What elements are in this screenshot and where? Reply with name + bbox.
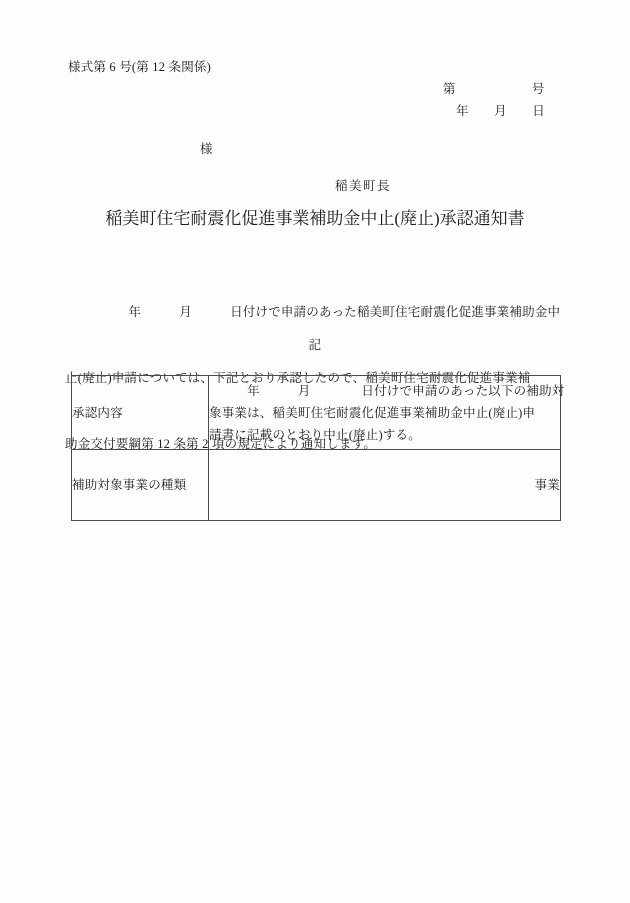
table-row-project-type: 補助対象事業の種類 事業 [72,450,561,521]
note-marker: 記 [0,334,630,356]
document-page: 様式第 6 号(第 12 条関係) 第 号 年 月 日 様 稲美町長 稲美町住宅… [0,0,630,903]
approval-content-cell: 年 月 日付けで申請のあった以下の補助対 象事業は、稲美町住宅耐震化促進事業補助… [209,376,561,450]
document-title: 稲美町住宅耐震化促進事業補助金中止(廃止)承認通知書 [0,208,630,230]
approval-content-line-1: 年 月 日付けで申請のあった以下の補助対 [209,380,560,402]
recipient-honorific: 様 [200,141,213,157]
sender-name: 稲美町長 [335,178,391,194]
project-type-cell: 事業 [209,450,561,521]
approval-table: 承認内容 年 月 日付けで申請のあった以下の補助対 象事業は、稲美町住宅耐震化促… [71,375,561,521]
table-row-approval-content: 承認内容 年 月 日付けで申請のあった以下の補助対 象事業は、稲美町住宅耐震化促… [72,376,561,450]
date-line: 年 月 日 [456,103,545,119]
project-type-header: 補助対象事業の種類 [72,450,209,521]
approval-content-line-3: 請書に記載のとおり中止(廃止)する。 [209,424,560,446]
approval-content-header: 承認内容 [72,376,209,450]
approval-content-line-2: 象事業は、稲美町住宅耐震化促進事業補助金中止(廃止)申 [209,402,560,424]
document-number-line: 第 号 [443,81,545,97]
body-line-1: 年 月 日付けで申請のあった稲美町住宅耐震化促進事業補助金中 [65,301,565,323]
form-number: 様式第 6 号(第 12 条関係) [68,59,211,75]
